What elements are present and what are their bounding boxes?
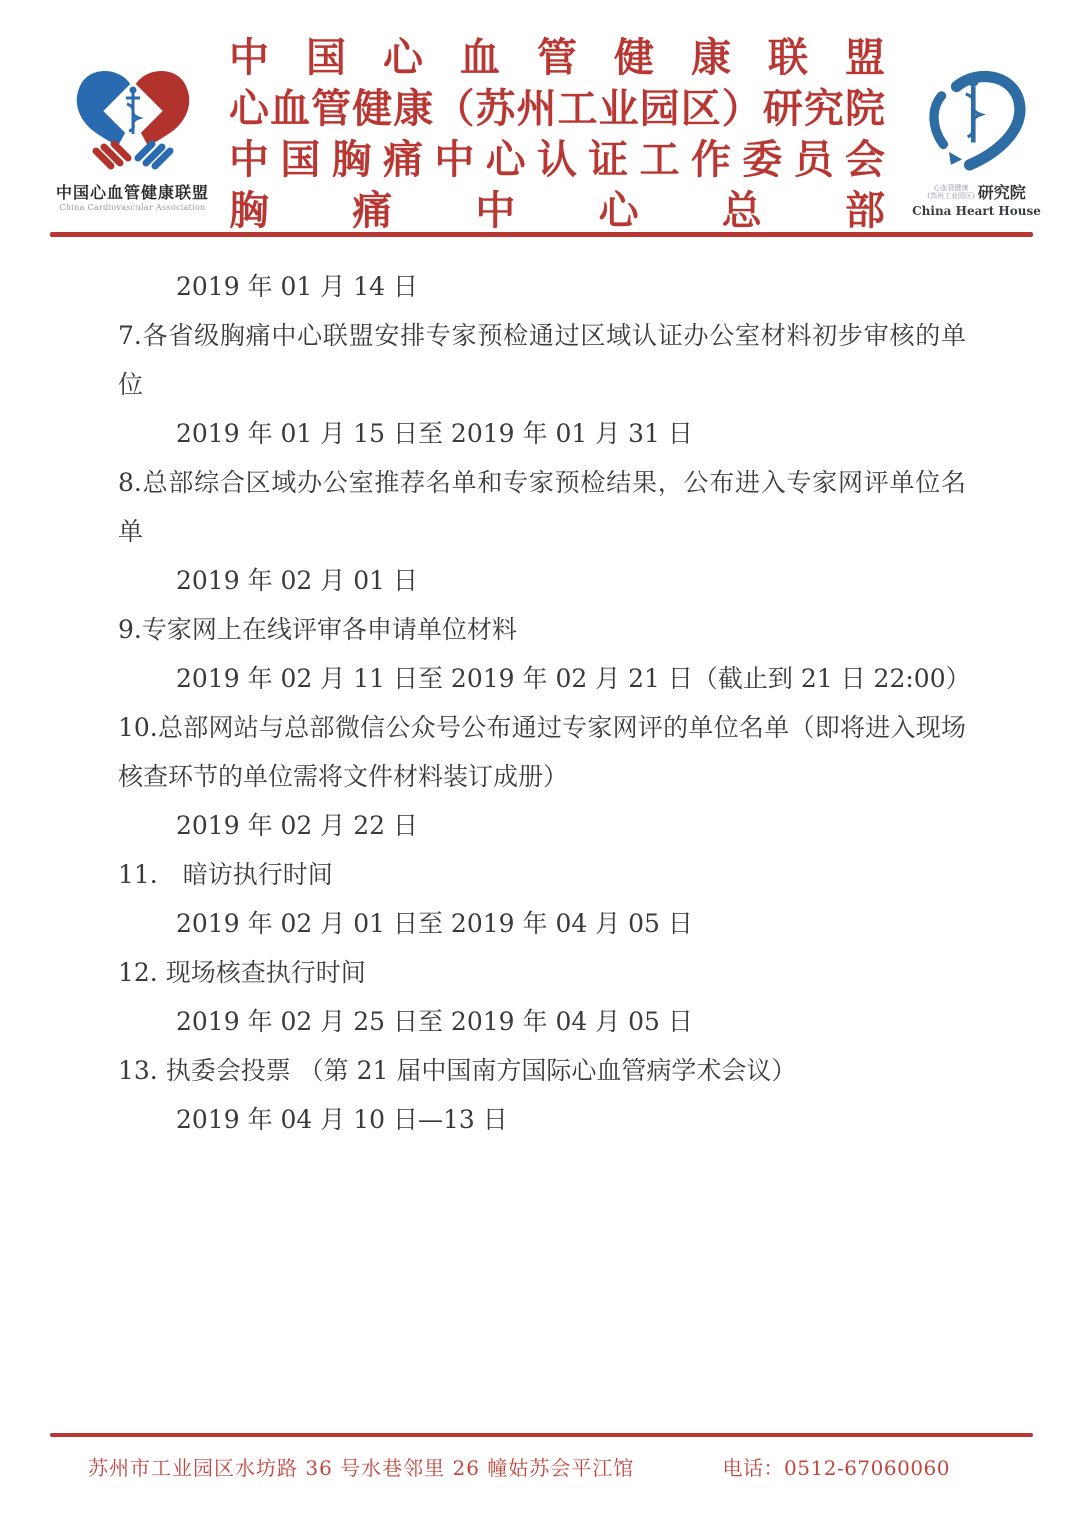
timeline-item: 12. 现场核查执行时间 [118,948,966,997]
timeline-date: 2019 年 02 月 22 日 [118,801,966,850]
heart-house-name: 研究院 [978,180,1026,203]
footer-address: 苏州市工业园区水坊路 36 号水巷邻里 26 幢姑苏会平江馆 [88,1452,634,1481]
timeline-date: 2019 年 02 月 25 日至 2019 年 04 月 05 日 [118,997,966,1046]
heart-house-cn-name: 心血管健康 (苏州工业园区) 研究院 [899,180,1054,203]
cca-logo-subtitle: China Cardiovascular Association [50,203,215,212]
timeline-date: 2019 年 01 月 15 日至 2019 年 01 月 31 日 [118,409,966,458]
heart-house-tiny-line2: (苏州工业园区) [927,192,974,200]
timeline-item: 8.总部综合区域办公室推荐名单和专家预检结果，公布进入专家网评单位名单 [118,458,966,556]
heart-house-tiny-line1: 心血管健康 [927,184,974,192]
heart-house-logo-block: 心血管健康 (苏州工业园区) 研究院 China Heart House [899,26,1054,218]
org-title-lines: 中国心血管健康联盟心血管健康（苏州工业园区）研究院中国胸痛中心认证工作委员会胸痛… [229,26,885,236]
footer-divider [50,1433,1033,1437]
cca-logo-block: 中国心血管健康联盟 China Cardiovascular Associati… [50,26,215,212]
timeline-item: 10.总部网站与总部微信公众号公布通过专家网评的单位名单（即将进入现场核查环节的… [118,703,966,801]
timeline-date: 2019 年 01 月 14 日 [118,262,966,311]
header-divider [50,232,1033,237]
title-line: 中国胸痛中心认证工作委员会 [229,134,885,185]
letterhead: 中国心血管健康联盟 China Cardiovascular Associati… [50,26,1054,236]
timeline-date: 2019 年 02 月 01 日 [118,556,966,605]
timeline-date: 2019 年 04 月 10 日—13 日 [118,1095,966,1144]
timeline-item: 9.专家网上在线评审各申请单位材料 [118,605,966,654]
footer-phone: 电话：0512-67060060 [723,1452,950,1481]
title-line: 心血管健康（苏州工业园区）研究院 [229,83,885,134]
timeline-item: 11. 暗访执行时间 [118,850,966,899]
timeline-date: 2019 年 02 月 11 日至 2019 年 02 月 21 日（截止到 2… [118,654,966,703]
timeline-item: 7.各省级胸痛中心联盟安排专家预检通过区域认证办公室材料初步审核的单位 [118,311,966,409]
document-page: 中国心血管健康联盟 China Cardiovascular Associati… [0,0,1080,1527]
cca-logo-name: 中国心血管健康联盟 [50,180,215,203]
timeline-date: 2019 年 02 月 01 日至 2019 年 04 月 05 日 [118,899,966,948]
title-line: 中国心血管健康联盟 [229,32,885,83]
cca-heart-hands-icon [72,60,194,178]
document-body: 2019 年 01 月 14 日7.各省级胸痛中心联盟安排专家预检通过区域认证办… [118,262,966,1144]
footer: 苏州市工业园区水坊路 36 号水巷邻里 26 幢姑苏会平江馆 电话：0512-6… [88,1452,950,1481]
heart-house-icon [921,66,1033,178]
title-line: 胸痛中心总部 [229,185,885,236]
timeline-item: 13. 执委会投票 （第 21 届中国南方国际心血管病学术会议） [118,1046,966,1095]
heart-house-subtitle: China Heart House [899,204,1054,218]
